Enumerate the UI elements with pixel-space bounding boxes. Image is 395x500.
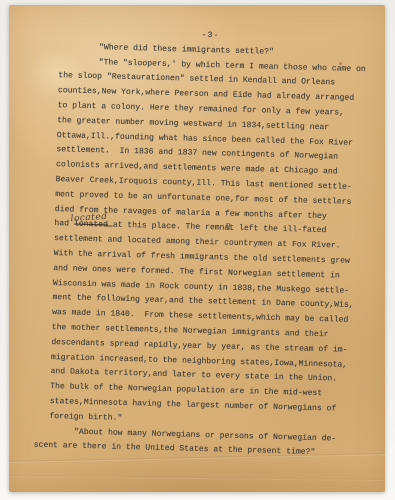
scan-background: -3- "Where did these immigrants settle?"… [0,0,395,500]
typed-text-segment: at this place. The remna [108,221,230,233]
caret-mark: ^ [226,225,231,240]
typed-text-block: -3- "Where did these immigrants settle?"… [48,25,361,462]
typed-lines: "Where did these immigrants settle?""The… [48,40,361,462]
struck-word: lonatedlocated [74,220,108,230]
paper-crease [9,475,385,481]
document-page: -3- "Where did these immigrants settle?"… [9,5,385,492]
typed-text-segment: t left the ill-fated [229,224,326,236]
handwritten-correction: located [71,210,109,227]
